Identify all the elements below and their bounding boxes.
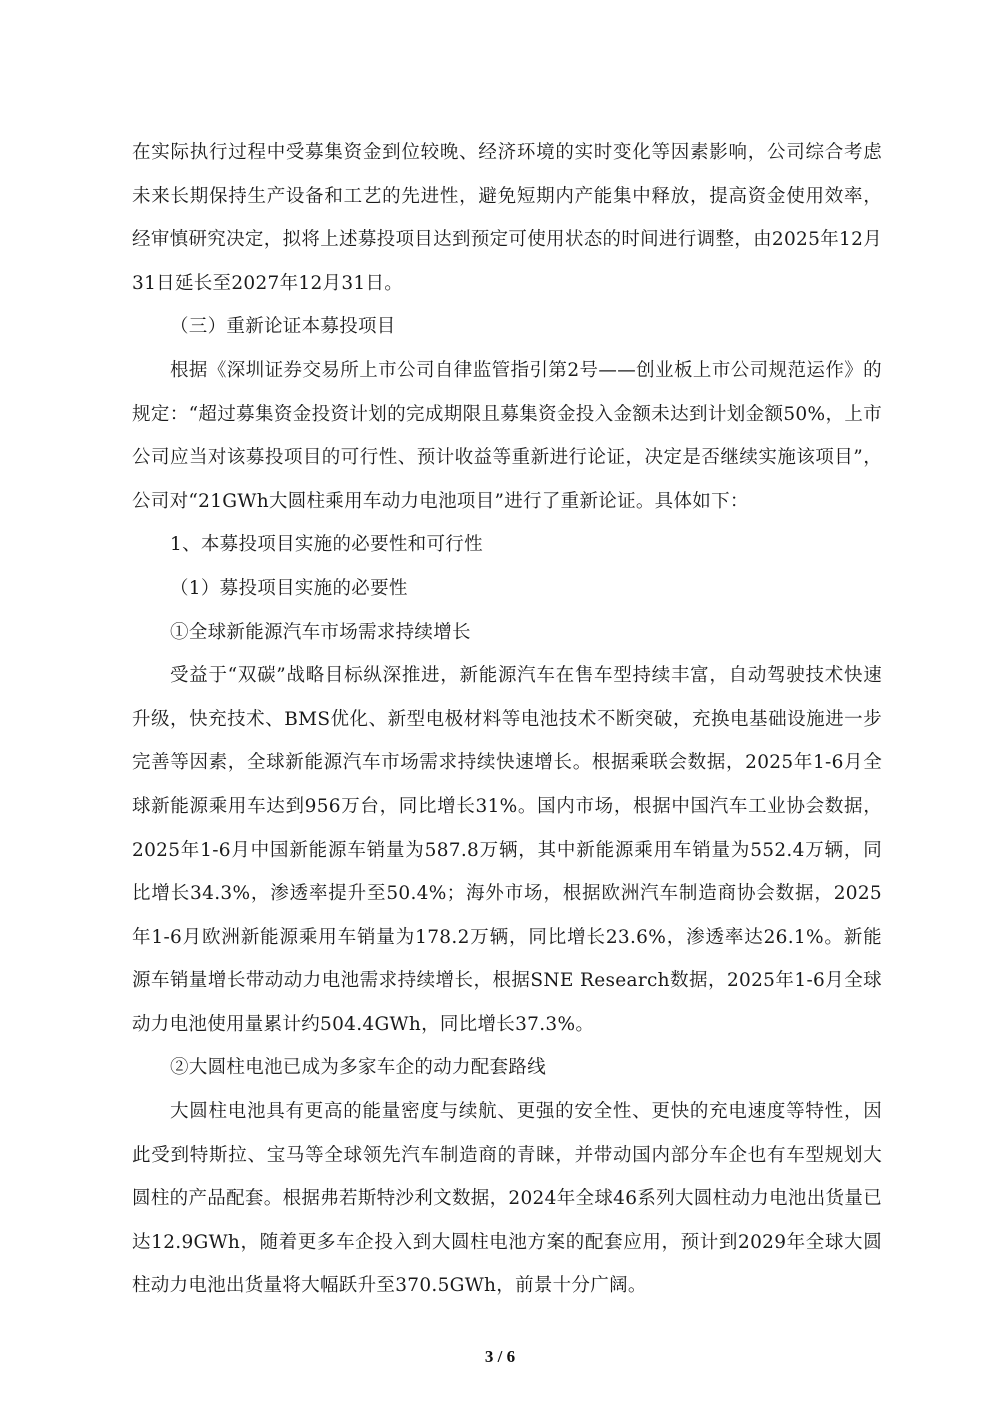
paragraph-nev-market: 受益于“双碳”战略目标纵深推进，新能源汽车在售车型持续丰富，自动驾驶技术快速升级… (132, 654, 882, 1046)
document-page: 在实际执行过程中受募集资金到位较晚、经济环境的实时变化等因素影响，公司综合考虑未… (0, 0, 1000, 1414)
section-heading-reevaluation: （三）重新论证本募投项目 (132, 305, 882, 349)
document-body: 在实际执行过程中受募集资金到位较晚、经济环境的实时变化等因素影响，公司综合考虑未… (132, 131, 882, 1308)
item-heading-global-nev-demand: ①全球新能源汽车市场需求持续增长 (132, 611, 882, 655)
subheading-necessity: （1）募投项目实施的必要性 (132, 567, 882, 611)
paragraph-large-cylindrical: 大圆柱电池具有更高的能量密度与续航、更强的安全性、更快的充电速度等特性，因此受到… (132, 1090, 882, 1308)
item-heading-large-cylindrical: ②大圆柱电池已成为多家车企的动力配套路线 (132, 1046, 882, 1090)
page-number: 3 / 6 (0, 1347, 1000, 1367)
paragraph-extension-decision: 在实际执行过程中受募集资金到位较晚、经济环境的实时变化等因素影响，公司综合考虑未… (132, 131, 882, 305)
paragraph-regulation: 根据《深圳证券交易所上市公司自律监管指引第2号——创业板上市公司规范运作》的规定… (132, 349, 882, 523)
subheading-necessity-feasibility: 1、本募投项目实施的必要性和可行性 (132, 523, 882, 567)
